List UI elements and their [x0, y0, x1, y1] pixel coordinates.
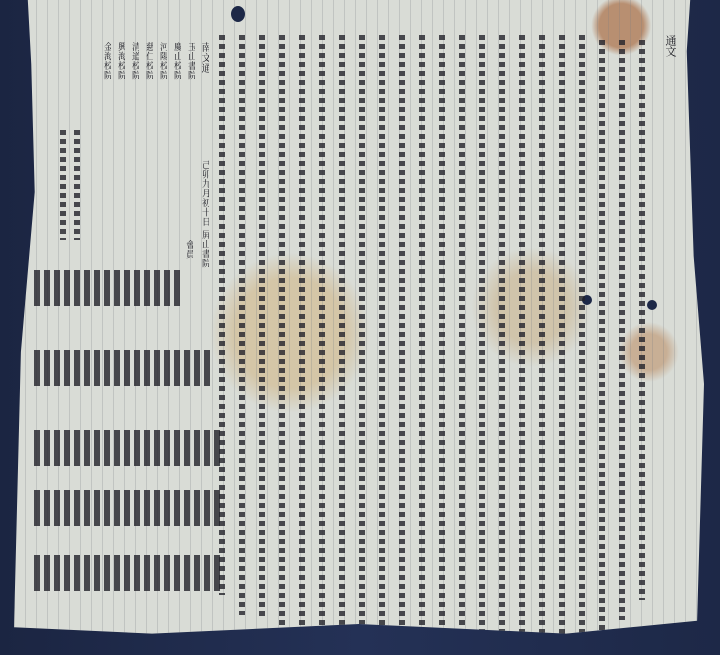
text-column [379, 35, 385, 635]
name-list [34, 270, 184, 306]
text-column [639, 40, 645, 600]
text-column [279, 35, 285, 625]
recipient: 金海校院 [102, 42, 111, 102]
date-line: 己卯九月初十日 屛山書院 [200, 160, 209, 300]
text-column [259, 35, 265, 620]
recipient: 玉山書院 [186, 42, 195, 102]
name-list [34, 350, 214, 386]
note-column [74, 130, 80, 240]
text-column [399, 35, 405, 635]
recipient: 慈仁校院 [144, 42, 153, 102]
document-sheet: 通文 南文通 玉山書院 慶山校院 河陽校院 慈仁校院 清道校院 興海校院 金海校… [14, 0, 704, 640]
text-column [319, 35, 325, 635]
paper-hole [231, 6, 245, 22]
name-list [34, 430, 224, 466]
document-title: 通文 [662, 35, 678, 57]
text-column [479, 35, 485, 635]
text-column [239, 35, 245, 615]
text-column [539, 35, 545, 635]
name-list [34, 555, 224, 591]
note-column [60, 130, 66, 240]
text-column [619, 40, 625, 620]
recipient: 興海校院 [116, 42, 125, 102]
recipients-header: 南文通 [200, 42, 209, 102]
text-column [579, 35, 585, 635]
paper-hole [647, 300, 657, 310]
text-column [439, 35, 445, 635]
recipient: 河陽校院 [158, 42, 167, 102]
text-column [499, 35, 505, 635]
text-column [299, 35, 305, 630]
text-column [459, 35, 465, 635]
text-column [599, 40, 605, 630]
text-column [519, 35, 525, 635]
name-list [34, 490, 224, 526]
recipient: 慶山校院 [172, 42, 181, 102]
text-column [419, 35, 425, 635]
text-column [359, 35, 365, 635]
text-column [339, 35, 345, 635]
recipient: 清道校院 [130, 42, 139, 102]
text-column [559, 35, 565, 635]
signature-mark: 會員 [184, 240, 193, 270]
